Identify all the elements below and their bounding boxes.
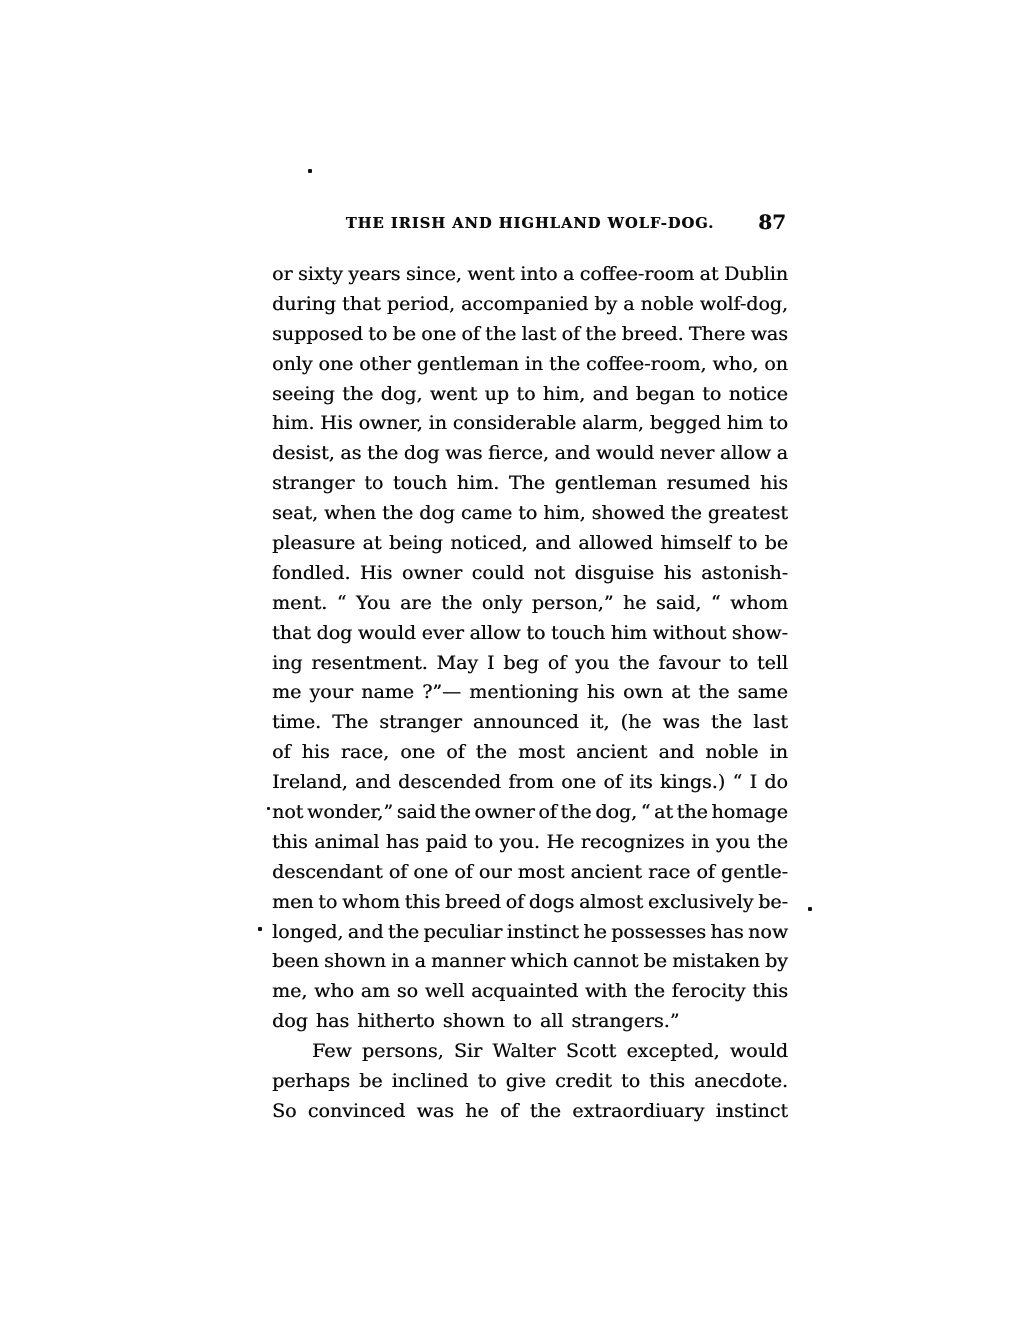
word: at	[363, 529, 382, 559]
word: I	[487, 649, 495, 679]
word: into	[520, 260, 557, 290]
word: not	[534, 559, 565, 589]
word: are	[400, 589, 432, 619]
word: one	[561, 768, 596, 798]
word: So	[272, 1097, 296, 1127]
word: never	[660, 439, 715, 469]
word: race	[648, 858, 690, 888]
word: longed,	[272, 918, 343, 948]
word: to	[729, 649, 748, 679]
word: most	[518, 858, 565, 888]
word: beg	[503, 649, 539, 679]
word: dog	[404, 439, 440, 469]
word: “	[337, 589, 347, 619]
text-line-12: ment.“Youaretheonlyperson,”hesaid,“whom	[272, 589, 788, 619]
word: the	[585, 320, 616, 350]
word: excepted,	[626, 1037, 719, 1067]
word: announced	[473, 708, 579, 738]
word: ancient	[576, 738, 647, 768]
word: or	[272, 260, 293, 290]
word: be	[359, 1067, 382, 1097]
word: of	[562, 320, 580, 350]
word: ancient	[571, 858, 642, 888]
word: himself	[660, 529, 730, 559]
word: the	[382, 499, 413, 529]
text-line-7: desist,asthedogwasfierce,andwouldneveral…	[272, 439, 788, 469]
word: desist,	[272, 439, 335, 469]
word: and	[535, 529, 571, 559]
word: his	[587, 678, 615, 708]
word: instinct	[716, 1097, 788, 1127]
text-line-2: duringthatperiod,accompaniedbyanoblewolf…	[272, 290, 788, 320]
word: me,	[272, 977, 307, 1007]
word: homage	[711, 798, 787, 828]
text-line-20: thisanimalhaspaidtoyou.Herecognizesinyou…	[272, 828, 788, 858]
word: persons,	[362, 1037, 444, 1067]
word: period,	[387, 290, 455, 320]
text-line-27: Fewpersons,SirWalterScottexcepted,would	[272, 1037, 788, 1067]
word: notice	[729, 380, 788, 410]
word: now	[748, 918, 788, 948]
word: seeing	[272, 380, 335, 410]
word: from	[508, 768, 554, 798]
word: be	[393, 320, 416, 350]
word: went	[430, 380, 477, 410]
word: descended	[398, 768, 501, 798]
text-line-22: mentowhomthisbreedofdogsalmostexclusivel…	[272, 888, 788, 918]
word: to	[702, 380, 721, 410]
word: convinced	[308, 1097, 405, 1127]
word: dog	[419, 499, 455, 529]
word: in	[391, 947, 409, 977]
word: shown	[324, 947, 386, 977]
word: you	[716, 828, 750, 858]
text-line-21: descendantofoneofourmostancientraceofgen…	[272, 858, 788, 888]
word: was	[663, 708, 700, 738]
word: on	[764, 350, 788, 380]
word: Scott	[566, 1037, 616, 1067]
word: May	[437, 649, 479, 679]
word: he	[623, 589, 646, 619]
word: fondled.	[272, 559, 350, 589]
word: the	[560, 798, 591, 828]
word: breed.	[622, 320, 684, 350]
chapter-running-title: THE IRISH AND HIGHLAND WOLF-DOG.	[346, 215, 715, 232]
word: coffee-room	[580, 260, 694, 290]
body-text-block: orsixtyyearssince,wentintoacoffee-roomat…	[272, 260, 788, 1127]
word: the	[388, 918, 419, 948]
word: of	[461, 320, 479, 350]
word: him,	[543, 499, 585, 529]
word: “	[732, 768, 742, 798]
page-number: 87	[758, 210, 786, 234]
word: manner	[431, 947, 505, 977]
word: to	[368, 320, 387, 350]
word: one	[413, 858, 448, 888]
word: Sir	[454, 1037, 482, 1067]
ink-speck-1	[308, 169, 312, 173]
word: so	[397, 977, 418, 1007]
word: who,	[712, 350, 758, 380]
word: tell	[757, 649, 788, 679]
word: I	[749, 768, 757, 798]
word: said,	[656, 589, 701, 619]
word: the	[440, 798, 471, 828]
word: ing	[272, 649, 302, 679]
text-line-29: Soconvincedwasheoftheextraordiuaryinstin…	[272, 1097, 788, 1127]
word: considerable	[453, 409, 576, 439]
word: this	[405, 888, 441, 918]
word: when	[324, 499, 376, 529]
text-line-15: meyourname?”—mentioninghisownatthesame	[272, 678, 788, 708]
word: noble	[640, 290, 693, 320]
word: last	[521, 320, 556, 350]
word: the	[367, 439, 398, 469]
word: ferocity	[672, 977, 746, 1007]
text-line-8: strangertotouchhim.Thegentlemanresumedhi…	[272, 469, 788, 499]
word: paid	[426, 828, 468, 858]
word: only	[272, 350, 313, 380]
text-line-1: orsixtyyearssince,wentintoacoffee-roomat…	[272, 260, 788, 290]
word: one	[421, 320, 456, 350]
word: be-	[758, 888, 788, 918]
text-line-6: him.Hisowner,inconsiderablealarm,beggedh…	[272, 409, 788, 439]
word: was	[751, 320, 788, 350]
word: resentment.	[311, 649, 427, 679]
word: since,	[406, 260, 462, 290]
word: you.	[499, 828, 539, 858]
word: could	[472, 559, 525, 589]
word: the	[441, 589, 472, 619]
word: almost	[579, 888, 643, 918]
word: being	[389, 529, 443, 559]
word: ever	[422, 619, 464, 649]
word: one	[318, 350, 353, 380]
word: the	[677, 798, 708, 828]
word: his	[664, 559, 692, 589]
word: extraordiuary	[572, 1097, 704, 1127]
word: whom	[730, 589, 788, 619]
word: he	[583, 918, 606, 948]
word: its	[629, 768, 652, 798]
word: your	[309, 678, 353, 708]
word: seat,	[272, 499, 318, 529]
word: went	[467, 260, 514, 290]
word: men	[272, 888, 314, 918]
word: credit	[555, 1067, 612, 1097]
word: own	[623, 678, 663, 708]
word: instinct	[507, 918, 579, 948]
word: exclusively	[648, 888, 754, 918]
word: came	[461, 499, 512, 529]
word: ?”—	[422, 678, 461, 708]
word: would	[358, 619, 416, 649]
text-line-18: Ireland,anddescendedfromoneofitskings.)“…	[272, 768, 788, 798]
word: allow	[469, 619, 520, 649]
word: to	[769, 409, 788, 439]
word: the	[549, 350, 580, 380]
word: gentle-	[721, 858, 788, 888]
word: the	[485, 320, 516, 350]
word: to	[474, 828, 493, 858]
word: he	[465, 1097, 488, 1127]
word: showed	[592, 499, 665, 529]
word: dog,	[381, 380, 423, 410]
text-line-19: notwonder,”saidtheownerofthedog,“attheho…	[272, 798, 788, 828]
word: our	[479, 858, 512, 888]
word: him,	[543, 380, 585, 410]
word: the	[757, 828, 788, 858]
word: favour	[658, 649, 720, 679]
word: of	[446, 738, 464, 768]
word: peculiar	[423, 918, 502, 948]
word: and	[355, 768, 391, 798]
word: to	[516, 380, 535, 410]
word: greatest	[708, 499, 788, 529]
word: descendant	[272, 858, 383, 888]
word: dogs	[529, 888, 575, 918]
word: astonish-	[701, 559, 788, 589]
text-line-11: fondled.Hisownercouldnotdisguisehisaston…	[272, 559, 788, 589]
word: him.	[272, 409, 314, 439]
text-line-28: perhapsbeinclinedtogivecredittothisanecd…	[272, 1067, 788, 1097]
word: at	[654, 798, 673, 828]
word: who	[314, 977, 354, 1007]
word: gentleman	[555, 469, 657, 499]
word: begged	[650, 409, 721, 439]
word: to	[526, 619, 545, 649]
word: of	[389, 858, 407, 888]
word: wolf-dog,	[700, 290, 788, 320]
word: dog,	[595, 798, 637, 828]
word: “	[711, 589, 721, 619]
word: which	[510, 947, 567, 977]
word: the	[618, 649, 649, 679]
ink-speck-4	[808, 907, 812, 911]
word: has	[710, 918, 743, 948]
word: to	[477, 1067, 496, 1097]
word: and	[593, 380, 629, 410]
word: of	[603, 768, 621, 798]
word: at	[700, 260, 719, 290]
word: time.	[272, 708, 321, 738]
word: fierce,	[488, 439, 549, 469]
word: his	[760, 469, 788, 499]
word: ment.	[272, 589, 327, 619]
word: to	[318, 888, 337, 918]
word: of	[272, 738, 290, 768]
word: and	[555, 439, 591, 469]
word: give	[506, 1067, 546, 1097]
text-line-24: beenshowninamannerwhichcannotbemistakenb…	[272, 947, 788, 977]
word: wonder,”	[307, 798, 393, 828]
word: well	[425, 977, 465, 1007]
word: in	[429, 409, 447, 439]
word: touch	[551, 619, 605, 649]
text-line-16: time.Thestrangerannouncedit,(hewasthelas…	[272, 708, 788, 738]
word: him	[611, 619, 647, 649]
word: alarm,	[582, 409, 644, 439]
word: of	[538, 798, 556, 828]
word: in	[525, 350, 543, 380]
word: His	[360, 559, 392, 589]
word: The	[332, 708, 368, 738]
word: as	[340, 439, 361, 469]
ink-speck-3	[258, 927, 262, 931]
word: of	[506, 888, 524, 918]
word: am	[361, 977, 390, 1007]
running-header: THE IRISH AND HIGHLAND WOLF-DOG.	[272, 213, 788, 232]
word: mentioning	[469, 678, 578, 708]
word: one	[400, 738, 435, 768]
word: the	[711, 708, 742, 738]
word: Walter	[492, 1037, 555, 1067]
word: be	[644, 947, 667, 977]
word: stranger	[379, 708, 462, 738]
word: of	[548, 649, 566, 679]
word: pleasure	[272, 529, 355, 559]
word: of	[454, 858, 472, 888]
word: his	[302, 738, 330, 768]
word: person,”	[532, 589, 614, 619]
word: the	[698, 678, 729, 708]
word: coffee-room,	[586, 350, 707, 380]
word: this	[752, 977, 788, 1007]
word: a	[777, 439, 788, 469]
word: by	[765, 947, 788, 977]
word: in	[691, 828, 709, 858]
word: to	[364, 469, 383, 499]
text-line-3: supposedtobeoneofthelastofthebreed.There…	[272, 320, 788, 350]
word: without	[653, 619, 727, 649]
word: him.	[457, 469, 499, 499]
word: He	[546, 828, 574, 858]
word: owner,	[358, 409, 422, 439]
word: You	[356, 589, 391, 619]
word: it,	[590, 708, 610, 738]
word: with	[585, 977, 627, 1007]
text-line-9: seat,whenthedogcametohim,showedthegreate…	[272, 499, 788, 529]
word: of	[696, 858, 714, 888]
word: possesses	[611, 918, 706, 948]
text-line-26: dog has hitherto shown to all strangers.…	[272, 1007, 788, 1037]
word: The	[509, 469, 545, 499]
word: whom	[342, 888, 400, 918]
word: perhaps	[272, 1067, 350, 1097]
ink-speck-2	[267, 807, 270, 810]
word: animal	[314, 828, 379, 858]
word: and	[348, 918, 384, 948]
word: disguise	[575, 559, 654, 589]
word: do	[764, 768, 788, 798]
book-page: THE IRISH AND HIGHLAND WOLF-DOG. 87 orsi…	[0, 0, 1033, 1339]
word: years	[348, 260, 400, 290]
word: stranger	[272, 469, 355, 499]
word: the	[530, 1097, 561, 1127]
text-line-25: me,whoamsowellacquaintedwiththeferocityt…	[272, 977, 788, 1007]
word: “	[641, 798, 651, 828]
word: be	[765, 529, 788, 559]
word: Dublin	[724, 260, 788, 290]
word: has	[386, 828, 419, 858]
word: the	[342, 380, 373, 410]
word: would	[596, 439, 654, 469]
word: by	[594, 290, 617, 320]
word: would	[730, 1037, 788, 1067]
word: during	[272, 290, 336, 320]
word: began	[636, 380, 695, 410]
word: allow	[720, 439, 771, 469]
word: breed	[445, 888, 501, 918]
word: last	[753, 708, 788, 738]
word: the	[634, 977, 665, 1007]
word: a	[563, 260, 574, 290]
word: that	[272, 619, 311, 649]
word: to	[738, 529, 757, 559]
word: (he	[621, 708, 652, 738]
word: of	[500, 1097, 518, 1127]
word: owner	[474, 798, 534, 828]
word: the	[476, 738, 507, 768]
word: that	[342, 290, 381, 320]
word: dog	[316, 619, 352, 649]
word: anecdote.	[694, 1067, 788, 1097]
word: me	[272, 678, 301, 708]
word: was	[417, 1097, 454, 1127]
word: kings.)	[660, 768, 725, 798]
word: His	[320, 409, 352, 439]
word: the	[671, 499, 702, 529]
word: at	[671, 678, 690, 708]
word: cannot	[573, 947, 639, 977]
text-line-13: thatdogwouldeverallowtotouchhimwithoutsh…	[272, 619, 788, 649]
word: race,	[341, 738, 389, 768]
word: him	[727, 409, 763, 439]
word: inclined	[392, 1067, 469, 1097]
word: touch	[393, 469, 447, 499]
word: name	[361, 678, 414, 708]
word: not	[272, 798, 303, 828]
word: sixty	[298, 260, 343, 290]
word: in	[770, 738, 788, 768]
text-line-17: ofhisrace,oneofthemostancientandnoblein	[272, 738, 788, 768]
word: mistaken	[672, 947, 760, 977]
word: There	[689, 320, 745, 350]
word: Ireland,	[272, 768, 348, 798]
text-line-23: longed,andthepeculiarinstincthepossesses…	[272, 918, 788, 948]
text-line-4: onlyoneothergentlemaninthecoffee-room,wh…	[272, 350, 788, 380]
word: supposed	[272, 320, 363, 350]
text-line-10: pleasureatbeingnoticed,andallowedhimself…	[272, 529, 788, 559]
word: most	[518, 738, 565, 768]
word: this	[649, 1067, 685, 1097]
word: recognizes	[581, 828, 685, 858]
word: owner	[402, 559, 462, 589]
word: to	[621, 1067, 640, 1097]
word: other	[359, 350, 411, 380]
word: this	[272, 828, 308, 858]
word: acquainted	[471, 977, 578, 1007]
text-line-14: ingresentment.MayIbegofyouthefavourtotel…	[272, 649, 788, 679]
word: been	[272, 947, 319, 977]
word: and	[658, 738, 694, 768]
text-line-5: seeingthedog,wentuptohim,andbegantonotic…	[272, 380, 788, 410]
word: you	[575, 649, 609, 679]
word: noticed,	[450, 529, 527, 559]
word: gentleman	[417, 350, 519, 380]
word: only	[482, 589, 523, 619]
word: show-	[732, 619, 788, 649]
